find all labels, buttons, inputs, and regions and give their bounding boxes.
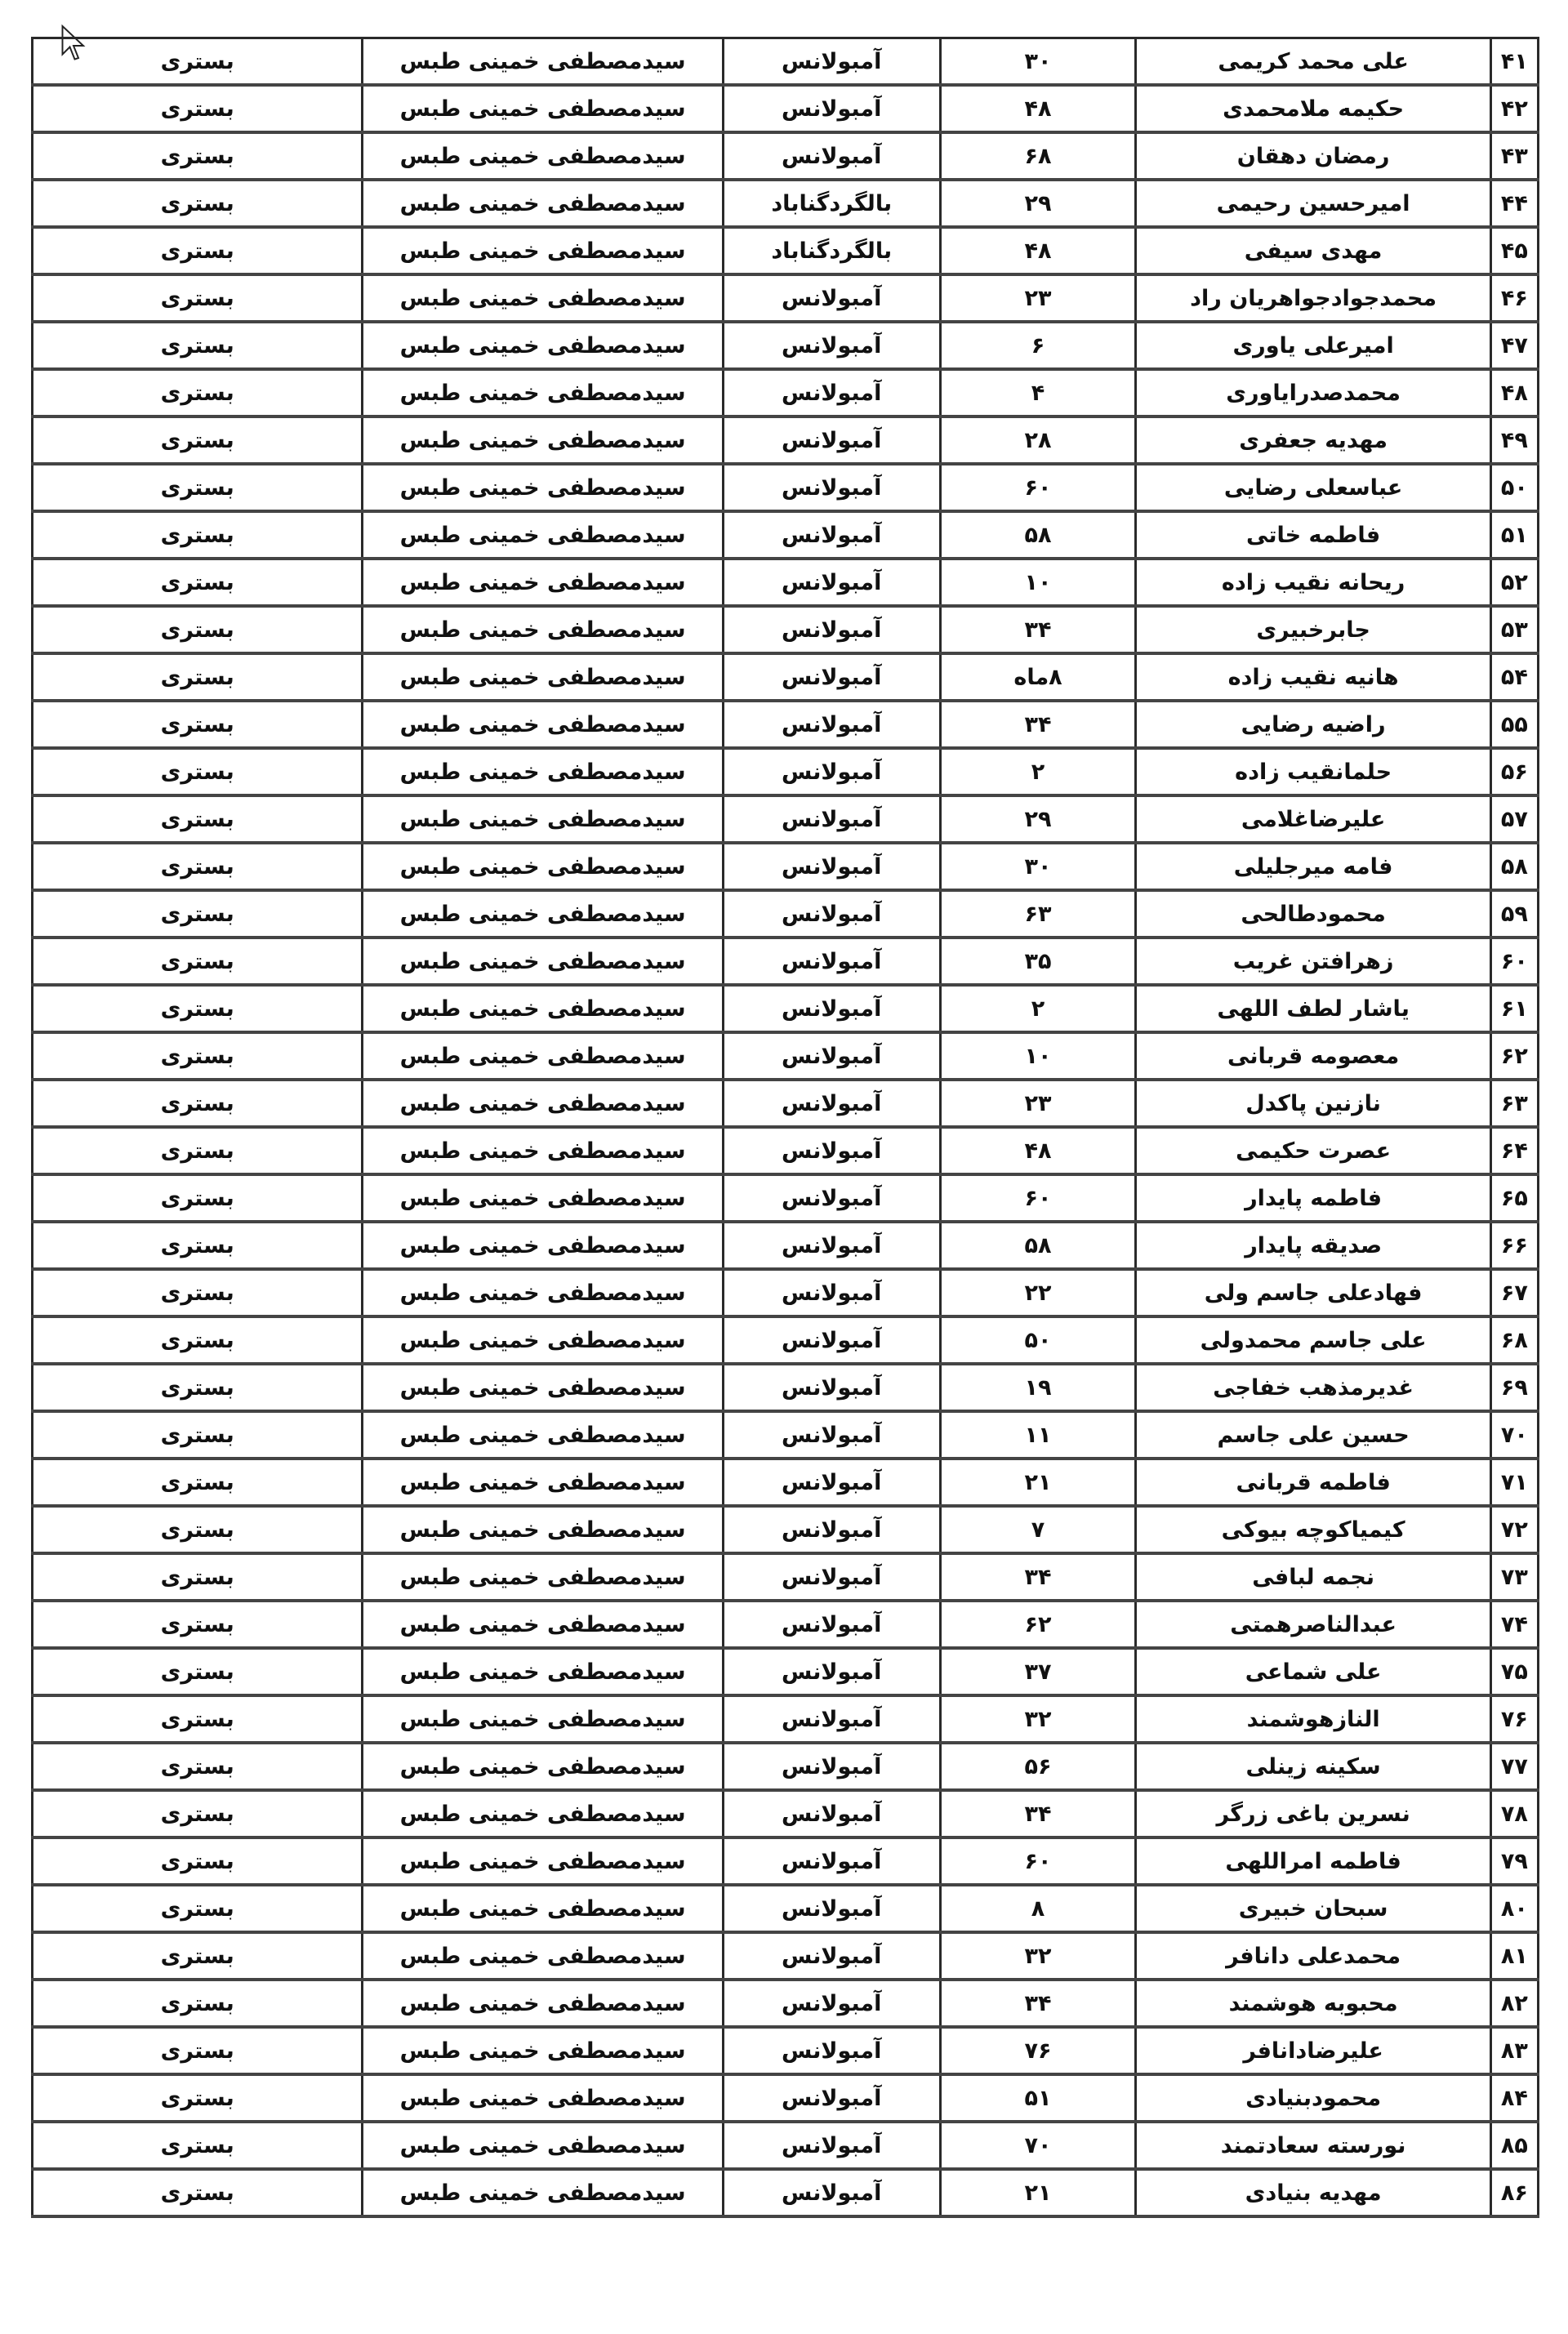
- row-number: ۴۱: [1490, 38, 1538, 86]
- row-number: ۶۸: [1490, 1316, 1538, 1364]
- row-number: ۶۰: [1490, 938, 1538, 985]
- table-row: ۴۳ رمضان دهقان ۶۸ آمبولانس سیدمصطفی خمین…: [33, 132, 1539, 180]
- patient-status: بستری: [33, 653, 363, 701]
- transport-method: آمبولانس: [723, 795, 940, 843]
- patient-name: النازهوشمند: [1136, 1695, 1490, 1743]
- row-number: ۵۶: [1490, 748, 1538, 795]
- row-number: ۵۸: [1490, 843, 1538, 890]
- row-number: ۷۲: [1490, 1506, 1538, 1553]
- patient-status: بستری: [33, 38, 363, 86]
- patient-status: بستری: [33, 274, 363, 322]
- transport-method: آمبولانس: [723, 1459, 940, 1506]
- transport-method: آمبولانس: [723, 1174, 940, 1222]
- patient-status: بستری: [33, 1411, 363, 1459]
- table-row: ۵۶ حلمانقیب زاده ۲ آمبولانس سیدمصطفی خمی…: [33, 748, 1539, 795]
- transport-method: آمبولانس: [723, 1648, 940, 1695]
- patient-name: صدیقه پایدار: [1136, 1222, 1490, 1269]
- table-row: ۷۰ حسین علی جاسم ۱۱ آمبولانس سیدمصطفی خم…: [33, 1411, 1539, 1459]
- patient-age: ۱۰: [940, 559, 1136, 606]
- patient-name: راضیه رضایی: [1136, 701, 1490, 748]
- row-number: ۴۸: [1490, 369, 1538, 416]
- row-number: ۶۹: [1490, 1364, 1538, 1411]
- patient-name: سکینه زینلی: [1136, 1743, 1490, 1790]
- transport-method: آمبولانس: [723, 1222, 940, 1269]
- patient-status: بستری: [33, 464, 363, 511]
- patient-status: بستری: [33, 559, 363, 606]
- transport-method: آمبولانس: [723, 985, 940, 1032]
- transport-method: آمبولانس: [723, 1790, 940, 1837]
- patient-age: ۷۰: [940, 2122, 1136, 2169]
- patient-age: ۵۱: [940, 2074, 1136, 2122]
- patient-name: حسین علی جاسم: [1136, 1411, 1490, 1459]
- patient-age: ۳۲: [940, 1695, 1136, 1743]
- patient-name: مهدیه جعفری: [1136, 416, 1490, 464]
- table-row: ۸۱ محمدعلی دانافر ۳۲ آمبولانس سیدمصطفی خ…: [33, 1932, 1539, 1980]
- patient-age: ۳۲: [940, 1932, 1136, 1980]
- hospital-name: سیدمصطفی خمینی طبس: [363, 369, 723, 416]
- hospital-name: سیدمصطفی خمینی طبس: [363, 2122, 723, 2169]
- transport-method: آمبولانس: [723, 653, 940, 701]
- table-row: ۶۹ غدیرمذهب خفاجی ۱۹ آمبولانس سیدمصطفی خ…: [33, 1364, 1539, 1411]
- hospital-name: سیدمصطفی خمینی طبس: [363, 1459, 723, 1506]
- patient-status: بستری: [33, 322, 363, 369]
- hospital-name: سیدمصطفی خمینی طبس: [363, 1837, 723, 1885]
- patient-name: محمدصدرایاوری: [1136, 369, 1490, 416]
- hospital-name: سیدمصطفی خمینی طبس: [363, 1174, 723, 1222]
- row-number: ۸۰: [1490, 1885, 1538, 1932]
- row-number: ۴۶: [1490, 274, 1538, 322]
- transport-method: آمبولانس: [723, 1269, 940, 1316]
- patient-name: عباسعلی رضایی: [1136, 464, 1490, 511]
- transport-method: آمبولانس: [723, 464, 940, 511]
- hospital-name: سیدمصطفی خمینی طبس: [363, 1932, 723, 1980]
- hospital-name: سیدمصطفی خمینی طبس: [363, 511, 723, 559]
- row-number: ۵۲: [1490, 559, 1538, 606]
- transport-method: آمبولانس: [723, 1506, 940, 1553]
- hospital-name: سیدمصطفی خمینی طبس: [363, 653, 723, 701]
- patient-age: ۲۹: [940, 795, 1136, 843]
- hospital-name: سیدمصطفی خمینی طبس: [363, 1127, 723, 1174]
- patient-name: علیرضادانافر: [1136, 2027, 1490, 2074]
- hospital-name: سیدمصطفی خمینی طبس: [363, 322, 723, 369]
- patient-age: ۶۸: [940, 132, 1136, 180]
- row-number: ۶۴: [1490, 1127, 1538, 1174]
- table-row: ۵۴ هانیه نقیب زاده ۸ماه آمبولانس سیدمصطف…: [33, 653, 1539, 701]
- transport-method: آمبولانس: [723, 1553, 940, 1601]
- hospital-name: سیدمصطفی خمینی طبس: [363, 2027, 723, 2074]
- row-number: ۶۵: [1490, 1174, 1538, 1222]
- patient-name: فهادعلی جاسم ولی: [1136, 1269, 1490, 1316]
- table-body: ۴۱ علی محمد کریمی ۳۰ آمبولانس سیدمصطفی خ…: [33, 38, 1539, 2217]
- hospital-name: سیدمصطفی خمینی طبس: [363, 938, 723, 985]
- patient-age: ۳۴: [940, 1790, 1136, 1837]
- patient-name: عبدالناصرهمتی: [1136, 1601, 1490, 1648]
- row-number: ۶۳: [1490, 1080, 1538, 1127]
- patient-name: محمودبنیادی: [1136, 2074, 1490, 2122]
- row-number: ۷۰: [1490, 1411, 1538, 1459]
- row-number: ۵۹: [1490, 890, 1538, 938]
- hospital-name: سیدمصطفی خمینی طبس: [363, 180, 723, 227]
- patient-status: بستری: [33, 1743, 363, 1790]
- patient-status: بستری: [33, 1695, 363, 1743]
- patient-age: ۴۸: [940, 227, 1136, 274]
- table-row: ۸۳ علیرضادانافر ۷۶ آمبولانس سیدمصطفی خمی…: [33, 2027, 1539, 2074]
- patients-table: ۴۱ علی محمد کریمی ۳۰ آمبولانس سیدمصطفی خ…: [31, 37, 1539, 2218]
- patient-status: بستری: [33, 2027, 363, 2074]
- patient-name: فاطمه امراللهی: [1136, 1837, 1490, 1885]
- hospital-name: سیدمصطفی خمینی طبس: [363, 416, 723, 464]
- transport-method: آمبولانس: [723, 1743, 940, 1790]
- hospital-name: سیدمصطفی خمینی طبس: [363, 1411, 723, 1459]
- patient-name: حلمانقیب زاده: [1136, 748, 1490, 795]
- row-number: ۵۵: [1490, 701, 1538, 748]
- transport-method: بالگردگناباد: [723, 227, 940, 274]
- patient-status: بستری: [33, 1459, 363, 1506]
- transport-method: آمبولانس: [723, 1980, 940, 2027]
- row-number: ۶۷: [1490, 1269, 1538, 1316]
- row-number: ۷۱: [1490, 1459, 1538, 1506]
- transport-method: آمبولانس: [723, 1364, 940, 1411]
- patient-age: ۶۰: [940, 1174, 1136, 1222]
- patient-name: کیمیاکوچه بیوکی: [1136, 1506, 1490, 1553]
- row-number: ۷۹: [1490, 1837, 1538, 1885]
- patient-status: بستری: [33, 2074, 363, 2122]
- hospital-name: سیدمصطفی خمینی طبس: [363, 132, 723, 180]
- transport-method: بالگردگناباد: [723, 180, 940, 227]
- patient-age: ۱۱: [940, 1411, 1136, 1459]
- patient-name: فامه میرجلیلی: [1136, 843, 1490, 890]
- patient-age: ۲۸: [940, 416, 1136, 464]
- transport-method: آمبولانس: [723, 1837, 940, 1885]
- row-number: ۸۲: [1490, 1980, 1538, 2027]
- patient-name: معصومه قربانی: [1136, 1032, 1490, 1080]
- patient-status: بستری: [33, 1316, 363, 1364]
- patient-status: بستری: [33, 795, 363, 843]
- table-row: ۸۲ محبوبه هوشمند ۳۴ آمبولانس سیدمصطفی خم…: [33, 1980, 1539, 2027]
- patient-status: بستری: [33, 511, 363, 559]
- patient-status: بستری: [33, 132, 363, 180]
- patient-age: ۶۰: [940, 464, 1136, 511]
- hospital-name: سیدمصطفی خمینی طبس: [363, 559, 723, 606]
- hospital-name: سیدمصطفی خمینی طبس: [363, 1648, 723, 1695]
- patient-name: نسرین باغی زرگر: [1136, 1790, 1490, 1837]
- hospital-name: سیدمصطفی خمینی طبس: [363, 464, 723, 511]
- patient-status: بستری: [33, 180, 363, 227]
- patient-name: فاطمه پایدار: [1136, 1174, 1490, 1222]
- table-row: ۸۴ محمودبنیادی ۵۱ آمبولانس سیدمصطفی خمین…: [33, 2074, 1539, 2122]
- row-number: ۵۴: [1490, 653, 1538, 701]
- patient-name: محمدجوادجواهریان راد: [1136, 274, 1490, 322]
- table-row: ۴۴ امیرحسین رحیمی ۲۹ بالگردگناباد سیدمصط…: [33, 180, 1539, 227]
- row-number: ۸۴: [1490, 2074, 1538, 2122]
- hospital-name: سیدمصطفی خمینی طبس: [363, 1316, 723, 1364]
- table-row: ۵۸ فامه میرجلیلی ۳۰ آمبولانس سیدمصطفی خم…: [33, 843, 1539, 890]
- hospital-name: سیدمصطفی خمینی طبس: [363, 1601, 723, 1648]
- table-row: ۸۰ سبحان خبیری ۸ آمبولانس سیدمصطفی خمینی…: [33, 1885, 1539, 1932]
- patient-status: بستری: [33, 1364, 363, 1411]
- patient-status: بستری: [33, 1837, 363, 1885]
- patient-age: ۲۳: [940, 1080, 1136, 1127]
- table-row: ۵۲ ریحانه نقیب زاده ۱۰ آمبولانس سیدمصطفی…: [33, 559, 1539, 606]
- hospital-name: سیدمصطفی خمینی طبس: [363, 1885, 723, 1932]
- table-row: ۶۴ عصرت حکیمی ۴۸ آمبولانس سیدمصطفی خمینی…: [33, 1127, 1539, 1174]
- patient-name: هانیه نقیب زاده: [1136, 653, 1490, 701]
- patient-name: نورسته سعادتمند: [1136, 2122, 1490, 2169]
- transport-method: آمبولانس: [723, 2169, 940, 2216]
- transport-method: آمبولانس: [723, 1932, 940, 1980]
- transport-method: آمبولانس: [723, 938, 940, 985]
- table-row: ۵۱ فاطمه خاتی ۵۸ آمبولانس سیدمصطفی خمینی…: [33, 511, 1539, 559]
- transport-method: آمبولانس: [723, 369, 940, 416]
- row-number: ۵۰: [1490, 464, 1538, 511]
- patient-name: حکیمه ملامحمدی: [1136, 85, 1490, 132]
- patient-name: محبوبه هوشمند: [1136, 1980, 1490, 2027]
- patient-status: بستری: [33, 985, 363, 1032]
- patient-name: فاطمه قربانی: [1136, 1459, 1490, 1506]
- transport-method: آمبولانس: [723, 132, 940, 180]
- row-number: ۸۶: [1490, 2169, 1538, 2216]
- row-number: ۴۳: [1490, 132, 1538, 180]
- patient-age: ۶۲: [940, 1601, 1136, 1648]
- patient-name: یاشار لطف اللهی: [1136, 985, 1490, 1032]
- patient-status: بستری: [33, 1553, 363, 1601]
- transport-method: آمبولانس: [723, 701, 940, 748]
- patient-age: ۳۴: [940, 606, 1136, 653]
- table-row: ۴۷ امیرعلی یاوری ۶ آمبولانس سیدمصطفی خمی…: [33, 322, 1539, 369]
- patient-age: ۴۸: [940, 85, 1136, 132]
- patient-age: ۲۲: [940, 1269, 1136, 1316]
- patient-name: مهدیه بنیادی: [1136, 2169, 1490, 2216]
- table-row: ۷۹ فاطمه امراللهی ۶۰ آمبولانس سیدمصطفی خ…: [33, 1837, 1539, 1885]
- patient-age: ۳۵: [940, 938, 1136, 985]
- hospital-name: سیدمصطفی خمینی طبس: [363, 2074, 723, 2122]
- table-row: ۷۶ النازهوشمند ۳۲ آمبولانس سیدمصطفی خمین…: [33, 1695, 1539, 1743]
- patient-age: ۲: [940, 748, 1136, 795]
- patient-age: ۶۳: [940, 890, 1136, 938]
- patient-age: ۱۰: [940, 1032, 1136, 1080]
- patient-name: محمودطالحی: [1136, 890, 1490, 938]
- patient-status: بستری: [33, 606, 363, 653]
- patient-status: بستری: [33, 1980, 363, 2027]
- patient-status: بستری: [33, 2169, 363, 2216]
- transport-method: آمبولانس: [723, 1080, 940, 1127]
- row-number: ۵۱: [1490, 511, 1538, 559]
- hospital-name: سیدمصطفی خمینی طبس: [363, 890, 723, 938]
- row-number: ۷۷: [1490, 1743, 1538, 1790]
- hospital-name: سیدمصطفی خمینی طبس: [363, 1743, 723, 1790]
- row-number: ۶۶: [1490, 1222, 1538, 1269]
- table-row: ۵۹ محمودطالحی ۶۳ آمبولانس سیدمصطفی خمینی…: [33, 890, 1539, 938]
- table-row: ۸۶ مهدیه بنیادی ۲۱ آمبولانس سیدمصطفی خمی…: [33, 2169, 1539, 2216]
- patient-status: بستری: [33, 1506, 363, 1553]
- table-row: ۶۸ علی جاسم محمدولی ۵۰ آمبولانس سیدمصطفی…: [33, 1316, 1539, 1364]
- patient-name: جابرخبیری: [1136, 606, 1490, 653]
- patient-age: ۲۱: [940, 1459, 1136, 1506]
- hospital-name: سیدمصطفی خمینی طبس: [363, 85, 723, 132]
- transport-method: آمبولانس: [723, 1316, 940, 1364]
- table-row: ۷۴ عبدالناصرهمتی ۶۲ آمبولانس سیدمصطفی خم…: [33, 1601, 1539, 1648]
- hospital-name: سیدمصطفی خمینی طبس: [363, 606, 723, 653]
- transport-method: آمبولانس: [723, 1032, 940, 1080]
- patient-status: بستری: [33, 416, 363, 464]
- hospital-name: سیدمصطفی خمینی طبس: [363, 701, 723, 748]
- patient-name: زهرافتن غریب: [1136, 938, 1490, 985]
- hospital-name: سیدمصطفی خمینی طبس: [363, 843, 723, 890]
- row-number: ۵۳: [1490, 606, 1538, 653]
- patient-name: فاطمه خاتی: [1136, 511, 1490, 559]
- patient-age: ۳۴: [940, 1553, 1136, 1601]
- patient-age: ۸ماه: [940, 653, 1136, 701]
- row-number: ۷۸: [1490, 1790, 1538, 1837]
- patient-age: ۵۶: [940, 1743, 1136, 1790]
- patient-age: ۲۱: [940, 2169, 1136, 2216]
- hospital-name: سیدمصطفی خمینی طبس: [363, 1980, 723, 2027]
- hospital-name: سیدمصطفی خمینی طبس: [363, 795, 723, 843]
- table-row: ۴۱ علی محمد کریمی ۳۰ آمبولانس سیدمصطفی خ…: [33, 38, 1539, 86]
- patient-name: امیرحسین رحیمی: [1136, 180, 1490, 227]
- hospital-name: سیدمصطفی خمینی طبس: [363, 1790, 723, 1837]
- row-number: ۸۱: [1490, 1932, 1538, 1980]
- patient-age: ۳۰: [940, 38, 1136, 86]
- patient-status: بستری: [33, 1080, 363, 1127]
- table-row: ۷۸ نسرین باغی زرگر ۳۴ آمبولانس سیدمصطفی …: [33, 1790, 1539, 1837]
- patient-name: علی شماعی: [1136, 1648, 1490, 1695]
- hospital-name: سیدمصطفی خمینی طبس: [363, 985, 723, 1032]
- table-row: ۵۰ عباسعلی رضایی ۶۰ آمبولانس سیدمصطفی خم…: [33, 464, 1539, 511]
- patient-status: بستری: [33, 227, 363, 274]
- patient-age: ۸: [940, 1885, 1136, 1932]
- row-number: ۷۶: [1490, 1695, 1538, 1743]
- patient-name: محمدعلی دانافر: [1136, 1932, 1490, 1980]
- hospital-name: سیدمصطفی خمینی طبس: [363, 274, 723, 322]
- hospital-name: سیدمصطفی خمینی طبس: [363, 1269, 723, 1316]
- patient-name: غدیرمذهب خفاجی: [1136, 1364, 1490, 1411]
- table-row: ۸۵ نورسته سعادتمند ۷۰ آمبولانس سیدمصطفی …: [33, 2122, 1539, 2169]
- transport-method: آمبولانس: [723, 85, 940, 132]
- row-number: ۴۹: [1490, 416, 1538, 464]
- table-row: ۵۵ راضیه رضایی ۳۴ آمبولانس سیدمصطفی خمین…: [33, 701, 1539, 748]
- patient-name: رمضان دهقان: [1136, 132, 1490, 180]
- hospital-name: سیدمصطفی خمینی طبس: [363, 38, 723, 86]
- table-row: ۶۱ یاشار لطف اللهی ۲ آمبولانس سیدمصطفی خ…: [33, 985, 1539, 1032]
- transport-method: آمبولانس: [723, 2122, 940, 2169]
- row-number: ۴۷: [1490, 322, 1538, 369]
- hospital-name: سیدمصطفی خمینی طبس: [363, 748, 723, 795]
- patient-age: ۶: [940, 322, 1136, 369]
- transport-method: آمبولانس: [723, 511, 940, 559]
- transport-method: آمبولانس: [723, 1695, 940, 1743]
- patient-status: بستری: [33, 701, 363, 748]
- patient-status: بستری: [33, 843, 363, 890]
- patient-age: ۳۷: [940, 1648, 1136, 1695]
- table-row: ۴۹ مهدیه جعفری ۲۸ آمبولانس سیدمصطفی خمین…: [33, 416, 1539, 464]
- patient-status: بستری: [33, 1932, 363, 1980]
- table-row: ۴۲ حکیمه ملامحمدی ۴۸ آمبولانس سیدمصطفی خ…: [33, 85, 1539, 132]
- patient-age: ۲: [940, 985, 1136, 1032]
- patient-name: سبحان خبیری: [1136, 1885, 1490, 1932]
- row-number: ۵۷: [1490, 795, 1538, 843]
- transport-method: آمبولانس: [723, 2027, 940, 2074]
- row-number: ۷۵: [1490, 1648, 1538, 1695]
- hospital-name: سیدمصطفی خمینی طبس: [363, 1080, 723, 1127]
- patient-name: عصرت حکیمی: [1136, 1127, 1490, 1174]
- patient-age: ۲۳: [940, 274, 1136, 322]
- patient-age: ۲۹: [940, 180, 1136, 227]
- table-row: ۷۷ سکینه زینلی ۵۶ آمبولانس سیدمصطفی خمین…: [33, 1743, 1539, 1790]
- hospital-name: سیدمصطفی خمینی طبس: [363, 1695, 723, 1743]
- hospital-name: سیدمصطفی خمینی طبس: [363, 1032, 723, 1080]
- patient-status: بستری: [33, 1269, 363, 1316]
- patient-name: علی جاسم محمدولی: [1136, 1316, 1490, 1364]
- table-row: ۷۳ نجمه لبافی ۳۴ آمبولانس سیدمصطفی خمینی…: [33, 1553, 1539, 1601]
- patient-status: بستری: [33, 369, 363, 416]
- patient-age: ۴۸: [940, 1127, 1136, 1174]
- patient-name: امیرعلی یاوری: [1136, 322, 1490, 369]
- transport-method: آمبولانس: [723, 890, 940, 938]
- patient-status: بستری: [33, 1174, 363, 1222]
- patient-age: ۱۹: [940, 1364, 1136, 1411]
- patient-name: علی محمد کریمی: [1136, 38, 1490, 86]
- table-row: ۶۳ نازنین پاکدل ۲۳ آمبولانس سیدمصطفی خمی…: [33, 1080, 1539, 1127]
- patient-name: ریحانه نقیب زاده: [1136, 559, 1490, 606]
- patient-status: بستری: [33, 1601, 363, 1648]
- patient-age: ۵۸: [940, 511, 1136, 559]
- patient-status: بستری: [33, 1222, 363, 1269]
- patient-age: ۳۰: [940, 843, 1136, 890]
- table-row: ۴۵ مهدی سیفی ۴۸ بالگردگناباد سیدمصطفی خم…: [33, 227, 1539, 274]
- transport-method: آمبولانس: [723, 2074, 940, 2122]
- patient-name: نازنین پاکدل: [1136, 1080, 1490, 1127]
- table-row: ۷۱ فاطمه قربانی ۲۱ آمبولانس سیدمصطفی خمی…: [33, 1459, 1539, 1506]
- patient-age: ۶۰: [940, 1837, 1136, 1885]
- table-row: ۶۰ زهرافتن غریب ۳۵ آمبولانس سیدمصطفی خمی…: [33, 938, 1539, 985]
- patient-name: مهدی سیفی: [1136, 227, 1490, 274]
- transport-method: آمبولانس: [723, 322, 940, 369]
- transport-method: آمبولانس: [723, 416, 940, 464]
- hospital-name: سیدمصطفی خمینی طبس: [363, 1553, 723, 1601]
- row-number: ۷۴: [1490, 1601, 1538, 1648]
- patient-age: ۴: [940, 369, 1136, 416]
- patient-status: بستری: [33, 1032, 363, 1080]
- patient-status: بستری: [33, 748, 363, 795]
- table-row: ۵۳ جابرخبیری ۳۴ آمبولانس سیدمصطفی خمینی …: [33, 606, 1539, 653]
- patient-age: ۳۴: [940, 701, 1136, 748]
- patient-status: بستری: [33, 1127, 363, 1174]
- patient-age: ۵۸: [940, 1222, 1136, 1269]
- patient-age: ۷۶: [940, 2027, 1136, 2074]
- table-row: ۷۵ علی شماعی ۳۷ آمبولانس سیدمصطفی خمینی …: [33, 1648, 1539, 1695]
- table-row: ۶۶ صدیقه پایدار ۵۸ آمبولانس سیدمصطفی خمی…: [33, 1222, 1539, 1269]
- table-row: ۴۶ محمدجوادجواهریان راد ۲۳ آمبولانس سیدم…: [33, 274, 1539, 322]
- patient-age: ۷: [940, 1506, 1136, 1553]
- table-row: ۵۷ علیرضاغلامی ۲۹ آمبولانس سیدمصطفی خمین…: [33, 795, 1539, 843]
- patient-status: بستری: [33, 938, 363, 985]
- patient-age: ۵۰: [940, 1316, 1136, 1364]
- row-number: ۷۳: [1490, 1553, 1538, 1601]
- hospital-name: سیدمصطفی خمینی طبس: [363, 1364, 723, 1411]
- row-number: ۶۱: [1490, 985, 1538, 1032]
- patient-status: بستری: [33, 2122, 363, 2169]
- transport-method: آمبولانس: [723, 748, 940, 795]
- row-number: ۴۴: [1490, 180, 1538, 227]
- transport-method: آمبولانس: [723, 1127, 940, 1174]
- patient-status: بستری: [33, 1885, 363, 1932]
- patient-status: بستری: [33, 85, 363, 132]
- transport-method: آمبولانس: [723, 274, 940, 322]
- transport-method: آمبولانس: [723, 1411, 940, 1459]
- transport-method: آمبولانس: [723, 1601, 940, 1648]
- row-number: ۴۵: [1490, 227, 1538, 274]
